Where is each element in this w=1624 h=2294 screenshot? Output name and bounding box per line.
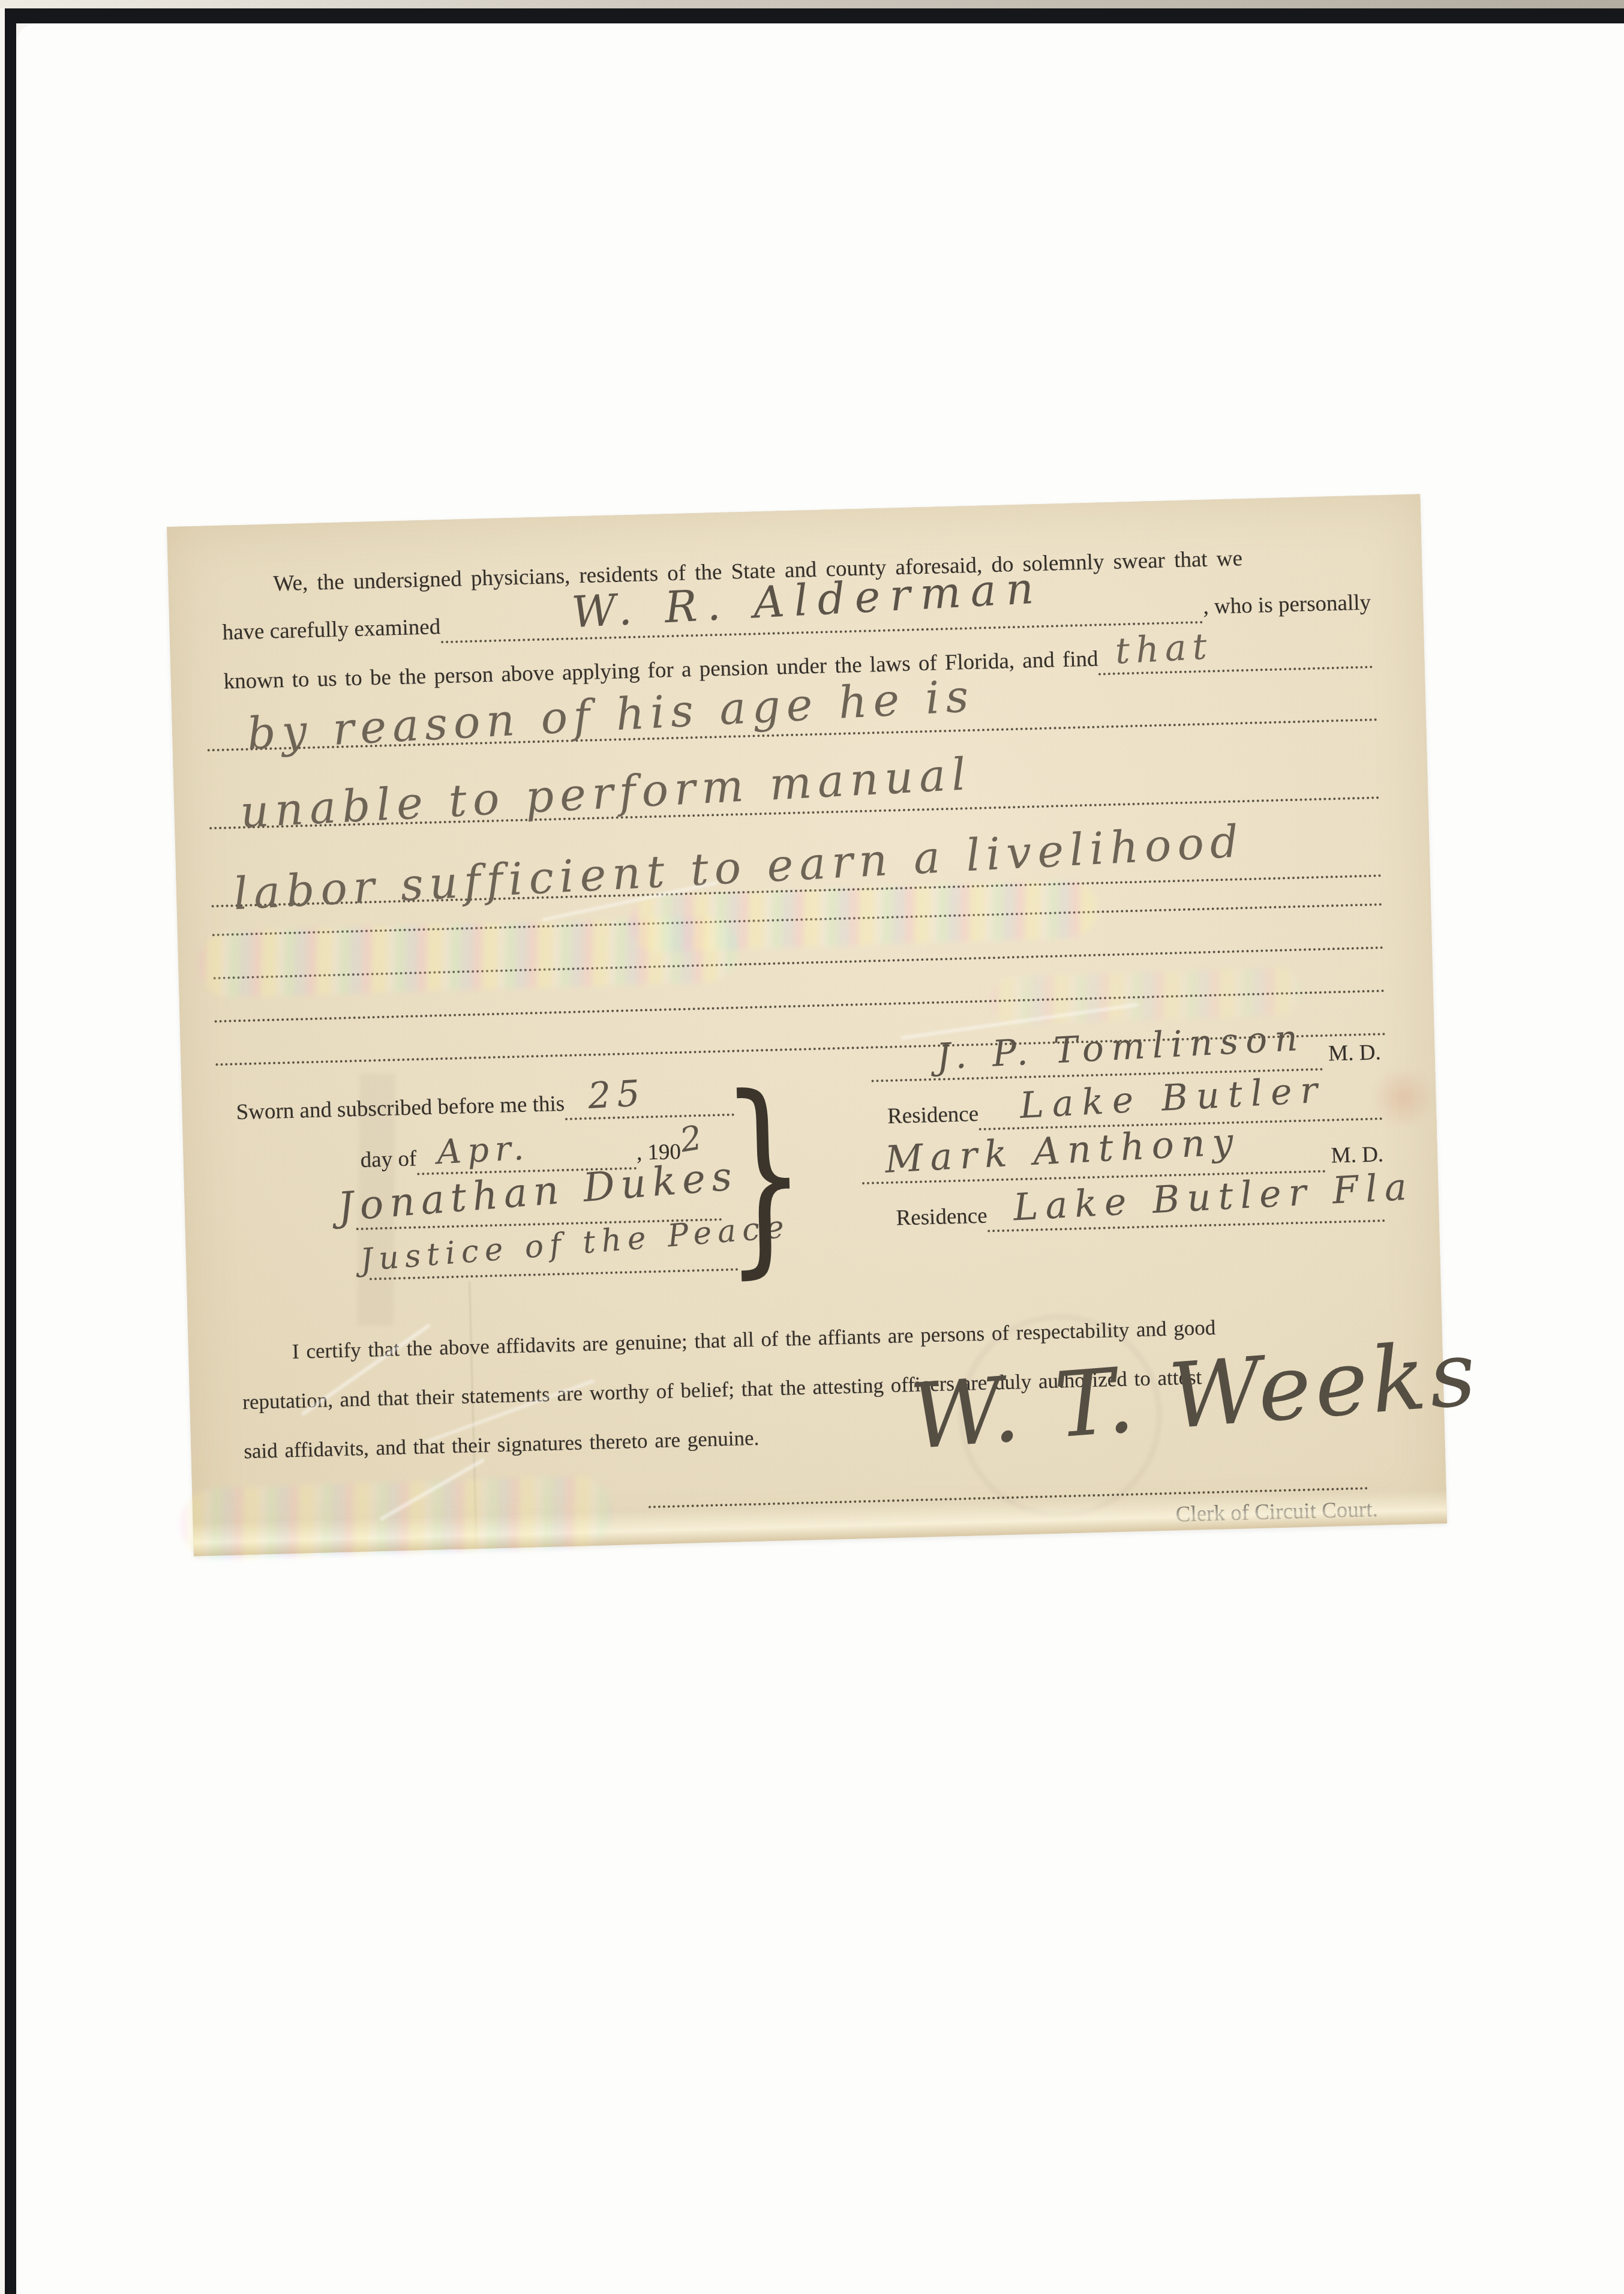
- finding-line-2-handwritten: unable to perform manual: [239, 748, 972, 838]
- residence-value-handwritten: Lake Butler: [1019, 1069, 1327, 1127]
- finding-dotted-fill: that: [1098, 632, 1373, 675]
- examined-label: have carefully examined: [222, 614, 441, 649]
- sworn-row: Sworn and subscribed before me this 25: [236, 1082, 734, 1129]
- residence-value-fill: Lake Butler Fla: [987, 1186, 1385, 1232]
- scanner-frame-top: [5, 8, 1624, 23]
- residence-label: Residence: [887, 1101, 979, 1133]
- residence-row-2: Residence Lake Butler Fla: [896, 1188, 1385, 1234]
- jurat-day-value-handwritten: 25: [587, 1072, 647, 1117]
- examined-dotted-fill: W. R. Alderman: [440, 587, 1203, 643]
- day-dotted-fill: 25: [564, 1080, 734, 1120]
- jurat-month-handwritten: Apr.: [436, 1129, 530, 1173]
- jurat-brace: }: [720, 1073, 808, 1275]
- residence-label: Residence: [896, 1203, 987, 1235]
- scanner-frame-left: [5, 8, 16, 2294]
- jurat-year-digit-handwritten: 2: [677, 1117, 711, 1161]
- personally-suffix: , who is personally: [1203, 590, 1371, 623]
- jurat-sworn-label: Sworn and subscribed before me this: [236, 1091, 565, 1129]
- physician-degree-label: M. D.: [1328, 1039, 1382, 1070]
- scan-top-strip: [0, 0, 1624, 8]
- finding-word-handwritten: that: [1114, 625, 1214, 672]
- certification-line-3: said affidavits, and that their signatur…: [244, 1426, 760, 1464]
- affidavit-paper: We, the undersigned physicians, resident…: [167, 494, 1447, 1556]
- plastic-glare-band: [179, 1474, 613, 1561]
- jurat-day-of-label: day of: [360, 1145, 417, 1176]
